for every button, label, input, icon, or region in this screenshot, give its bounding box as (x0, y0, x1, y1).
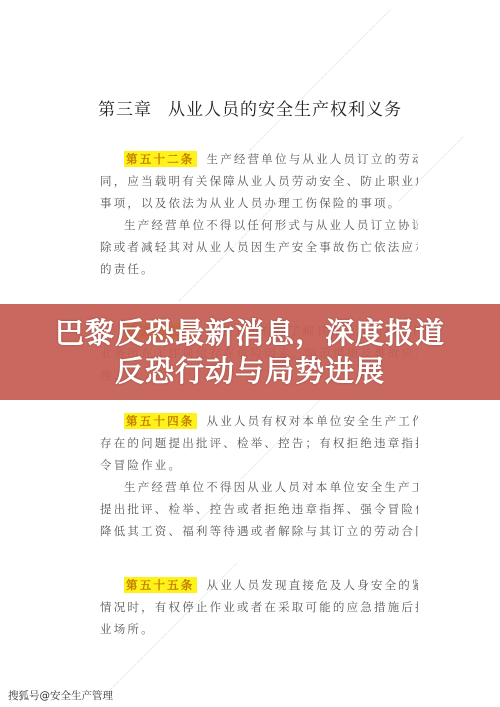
headline-line-2: 反恐行动与局势进展 (115, 352, 385, 390)
article-tag-55: 第五十五条 (124, 577, 197, 593)
article-52-line-1: 生产经营单位与从业人员订立的劳动合 (207, 152, 419, 166)
article-52-p2-line-2: 除或者减轻其对从业人员因生产安全事故伤亡依法应承担 (100, 236, 418, 258)
chapter-number: 第三章 (98, 100, 152, 120)
article-54-line-3: 令冒险作业。 (100, 454, 418, 476)
article-54-p2-line-3: 降低其工资、福利等待遇或者解除与其订立的劳动合同。 (100, 520, 418, 542)
article-54-p2-line-2: 提出批评、检举、控告或者拒绝违章指挥、强令冒险作业而 (100, 498, 418, 520)
article-54: 第五十四条从业人员有权对本单位安全生产工作中 存在的问题提出批评、检举、控告；有… (100, 410, 418, 542)
article-55-line-3: 业场所。 (100, 618, 418, 640)
article-55: 第五十五条从业人员发现直接危及人身安全的紧急 情况时，有权停止作业或者在采取可能… (100, 574, 418, 640)
article-52-p2-line-3: 的责任。 (100, 258, 418, 280)
chapter-heading: 从业人员的安全生产权利义务 (168, 100, 402, 120)
article-55-line-1: 从业人员发现直接危及人身安全的紧急 (207, 578, 419, 592)
chapter-title: 第三章从业人员的安全生产权利义务 (0, 95, 500, 120)
article-52-line-2: 同，应当载明有关保障从业人员劳动安全、防止职业危害的 (100, 170, 418, 192)
watermark-1 (249, 9, 393, 153)
article-55-line-2: 情况时，有权停止作业或者在采取可能的应急措施后撤离作 (100, 596, 418, 618)
article-54-line-1: 从业人员有权对本单位安全生产工作中 (207, 414, 419, 428)
article-54-p2-line-1: 生产经营单位不得因从业人员对本单位安全生产工作 (100, 476, 418, 498)
article-52: 第五十二条生产经营单位与从业人员订立的劳动合 同，应当载明有关保障从业人员劳动安… (100, 148, 418, 280)
article-52-p2-line-1: 生产经营单位不得以任何形式与从业人员订立协议，免 (100, 214, 418, 236)
article-tag-54: 第五十四条 (124, 413, 197, 429)
document-page: 第三章从业人员的安全生产权利义务 第五十二条生产经营单位与从业人员订立的劳动合 … (0, 0, 500, 707)
headline-line-1: 巴黎反恐最新消息，深度报道 (55, 314, 445, 352)
article-54-line-2: 存在的问题提出批评、检举、控告；有权拒绝违章指挥和强 (100, 432, 418, 454)
article-52-line-3: 事项，以及依法为从业人员办理工伤保险的事项。 (100, 192, 418, 214)
source-credit: 搜狐号@安全生产管理 (8, 688, 113, 703)
article-tag-52: 第五十二条 (124, 151, 197, 167)
headline-banner: 巴黎反恐最新消息，深度报道 反恐行动与局势进展 (0, 304, 500, 400)
